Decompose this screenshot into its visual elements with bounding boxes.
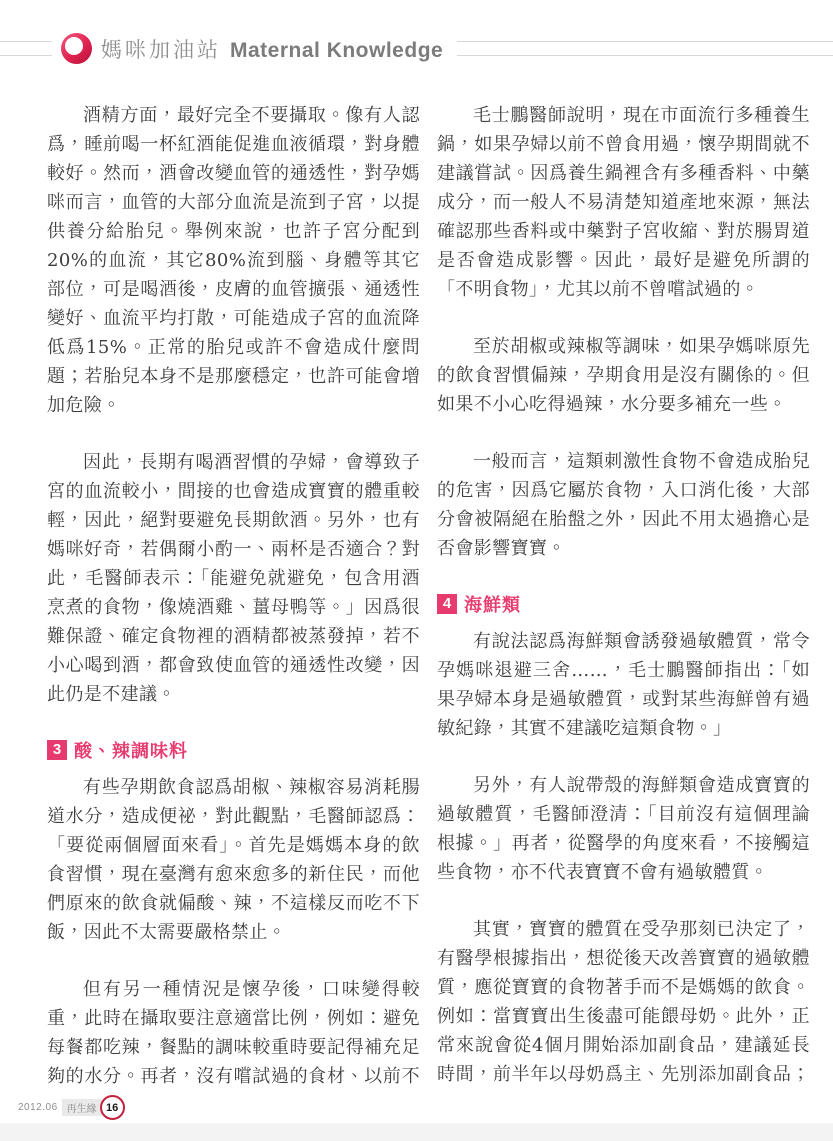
masthead-rule-left [0,41,52,56]
paragraph-seafood-allergy: 有說法認爲海鮮類會誘發過敏體質，常令孕媽咪退避三舍……，毛士鵬醫師指出：「如果孕… [437,627,810,743]
paragraph-spicy-view: 有些孕期飲食認爲胡椒、辣椒容易消耗腸道水分，造成便祕，對此觀點，毛醫師認爲：「要… [47,773,420,947]
paragraph-spicy-balance: 但有另一種情況是懷孕後，口味變得較重，此時在攝取要注意適當比例，例如：避免每餐都… [47,975,420,1086]
section-number-badge: 3 [47,740,67,760]
right-column: 毛士鵬醫師說明，現在市面流行多種養生鍋，如果孕婦以前不曾食用過，懷孕期間就不建議… [437,101,810,1086]
section-heading-sour-spicy: 3 酸、辣調味料 [47,737,420,763]
page-number-badge: 16 [100,1095,125,1120]
section-title: 酸、辣調味料 [74,737,188,763]
section-number-badge: 4 [437,594,457,614]
paragraph-alcohol-advice: 因此，長期有喝酒習慣的孕婦，會導致子宮的血流較小，間接的也會造成寶寶的體重較輕，… [47,448,420,709]
masthead-title-en: Maternal Knowledge [230,39,443,63]
masthead-title-zh: 媽咪加油站 [101,34,221,64]
footer-date: 2012.06 [18,1102,58,1113]
section-title: 海鮮類 [464,591,521,617]
article-body: 酒精方面，最好完全不要攝取。像有人認爲，睡前喝一杯紅酒能促進血液循環，對身體較好… [47,101,810,1086]
paragraph-shellfish-myth: 另外，有人說帶殼的海鮮類會造成寶寶的過敏體質，毛醫師澄清：「目前沒有這個理論根據… [437,771,810,887]
paragraph-pepper-chili: 至於胡椒或辣椒等調味，如果孕媽咪原先的飲食習慣偏辣，孕期食用是沒有關係的。但如果… [437,332,810,419]
left-column: 酒精方面，最好完全不要攝取。像有人認爲，睡前喝一杯紅酒能促進血液循環，對身體較好… [47,101,420,1086]
section-heading-seafood: 4 海鮮類 [437,591,810,617]
page-footer: 2012.06 再生緣 16 [18,1095,125,1120]
brand-ring-icon [61,33,92,64]
paragraph-baby-constitution: 其實，寶寶的體質在受孕那刻已決定了，有醫學根據指出，想從後天改善寶寶的過敏體質，… [437,915,810,1086]
paragraph-alcohol-intro: 酒精方面，最好完全不要攝取。像有人認爲，睡前喝一杯紅酒能促進血液循環，對身體較好… [47,101,420,420]
paragraph-stimulating-food: 一般而言，這類刺激性食物不會造成胎兒的危害，因爲它屬於食物，入口消化後，大部分會… [437,447,810,563]
masthead: 媽咪加油站 Maternal Knowledge [0,33,833,64]
magazine-page: 媽咪加油站 Maternal Knowledge 酒精方面，最好完全不要攝取。像… [0,0,833,1141]
footer-issue-name: 再生緣 [62,1099,102,1116]
paragraph-herbal-pot: 毛士鵬醫師說明，現在市面流行多種養生鍋，如果孕婦以前不曾食用過，懷孕期間就不建議… [437,101,810,304]
masthead-rule-right [457,41,833,56]
page-bottom-strip [0,1123,833,1141]
masthead-title: 媽咪加油站 Maternal Knowledge [101,34,443,64]
